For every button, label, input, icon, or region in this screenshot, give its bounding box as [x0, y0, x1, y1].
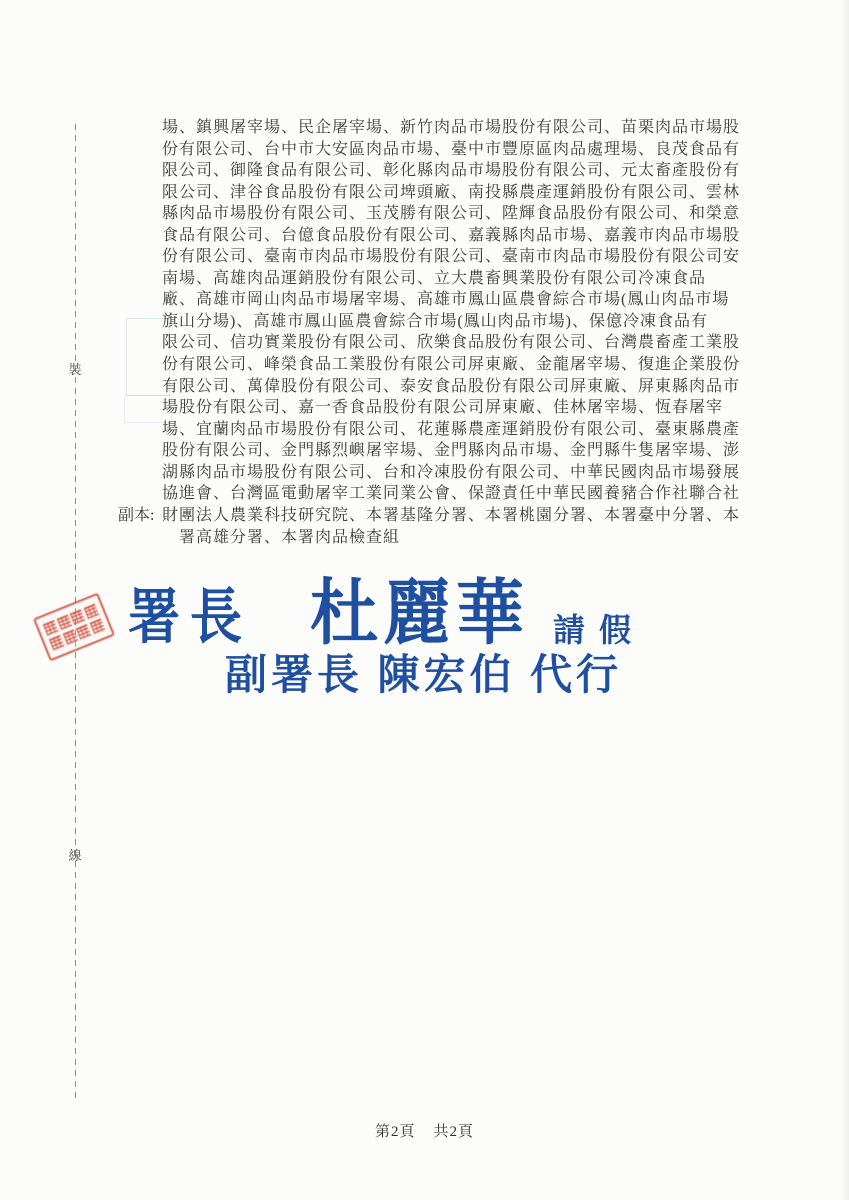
page-total: 共2頁: [434, 1120, 475, 1141]
seal-glyph: [76, 624, 92, 640]
page-footer: 第2頁 共2頁: [0, 1120, 849, 1141]
official-seal-stamp: [33, 593, 115, 662]
on-leave-note: 請假: [553, 614, 645, 646]
page-number: 第2頁: [375, 1120, 416, 1141]
seal-glyph: [70, 609, 86, 625]
recipients-list-continued: 場、鎮興屠宰場、民企屠宰場、新竹肉品市場股份有限公司、苗栗肉品市場股 份有限公司…: [162, 117, 746, 505]
binding-mark-xian: 線: [67, 848, 83, 864]
seal-glyph: [83, 603, 99, 619]
scanned-document-page: 裝 線 場、鎮興屠宰場、民企屠宰場、新竹肉品市場股份有限公司、苗栗肉品市場股 份…: [0, 0, 849, 1200]
binding-mark-zhuang: 裝: [67, 362, 83, 378]
signature-block: 署長 杜麗華 請假: [128, 576, 645, 649]
copy-to-line: 署高雄分署、本署肉品檢查組: [162, 527, 746, 549]
seal-glyph: [49, 635, 65, 651]
copy-to-label: 副本:: [118, 505, 154, 527]
director-general-name: 杜麗華: [310, 578, 529, 649]
copy-to-list: 財團法人農業科技研究院、本署基隆分署、本署桃園分署、本署臺中分署、本 署高雄分署…: [162, 505, 746, 548]
seal-glyph: [56, 614, 72, 630]
seal-glyph: [43, 620, 59, 636]
director-general-title: 署長: [128, 589, 252, 649]
deputy-acting-line: 副署長 陳宏伯 代行: [225, 654, 622, 698]
copy-to-line: 財團法人農業科技研究院、本署基隆分署、本署桃園分署、本署臺中分署、本: [162, 505, 746, 527]
seal-glyph: [63, 630, 79, 646]
seal-glyph: [89, 619, 105, 635]
